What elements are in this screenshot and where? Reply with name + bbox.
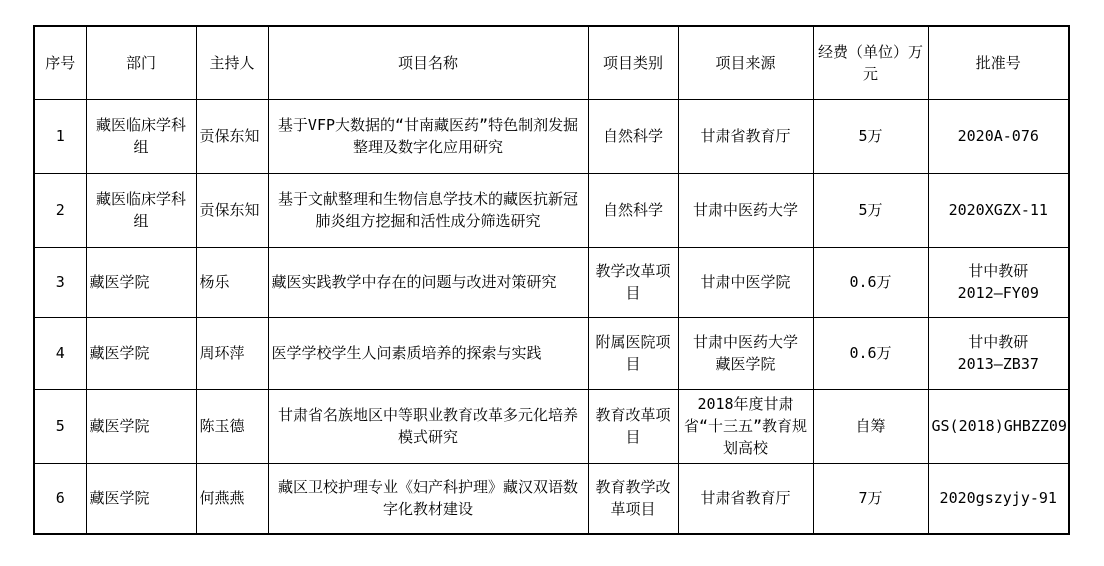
table-row: 2藏医临床学科组贡保东知基于文献整理和生物信息学技术的藏医抗新冠肺炎组方挖掘和活… [34, 173, 1069, 247]
cell-index: 1 [34, 99, 86, 173]
cell-project-name: 基于VFP大数据的“甘南藏医药”特色制剂发掘整理及数字化应用研究 [268, 99, 588, 173]
cell-source: 甘肃省教育厅 [678, 463, 813, 534]
cell-index: 6 [34, 463, 86, 534]
cell-funding: 7万 [813, 463, 928, 534]
header-source: 项目来源 [678, 26, 813, 99]
cell-department: 藏医学院 [86, 463, 196, 534]
cell-source: 2018年度甘肃省“十三五”教育规划高校 [678, 389, 813, 463]
cell-category: 自然科学 [588, 173, 678, 247]
header-category: 项目类别 [588, 26, 678, 99]
table-row: 4藏医学院周环萍医学学校学生人问素质培养的探索与实践附属医院项目甘肃中医药大学 … [34, 317, 1069, 389]
cell-funding: 5万 [813, 173, 928, 247]
cell-leader: 杨乐 [196, 247, 268, 317]
cell-department: 藏医学院 [86, 247, 196, 317]
table-row: 6藏医学院何燕燕藏区卫校护理专业《妇产科护理》藏汉双语数字化教材建设教育教学改革… [34, 463, 1069, 534]
cell-index: 4 [34, 317, 86, 389]
cell-project-name: 基于文献整理和生物信息学技术的藏医抗新冠肺炎组方挖掘和活性成分筛选研究 [268, 173, 588, 247]
cell-project-name: 医学学校学生人问素质培养的探索与实践 [268, 317, 588, 389]
cell-leader: 何燕燕 [196, 463, 268, 534]
cell-category: 教育教学改革项目 [588, 463, 678, 534]
cell-funding: 0.6万 [813, 317, 928, 389]
table-row: 1藏医临床学科组贡保东知基于VFP大数据的“甘南藏医药”特色制剂发掘整理及数字化… [34, 99, 1069, 173]
cell-category: 教育改革项目 [588, 389, 678, 463]
header-funding: 经费（单位）万元 [813, 26, 928, 99]
cell-funding: 自筹 [813, 389, 928, 463]
cell-source: 甘肃省教育厅 [678, 99, 813, 173]
header-project-name: 项目名称 [268, 26, 588, 99]
cell-project-name: 藏医实践教学中存在的问题与改进对策研究 [268, 247, 588, 317]
cell-approval-no: 2020gszyjy-91 [928, 463, 1069, 534]
cell-department: 藏医学院 [86, 317, 196, 389]
cell-leader: 周环萍 [196, 317, 268, 389]
cell-department: 藏医临床学科组 [86, 99, 196, 173]
header-row: 序号 部门 主持人 项目名称 项目类别 项目来源 经费（单位）万元 批准号 [34, 26, 1069, 99]
header-leader: 主持人 [196, 26, 268, 99]
cell-source: 甘肃中医药大学 藏医学院 [678, 317, 813, 389]
cell-leader: 贡保东知 [196, 173, 268, 247]
cell-department: 藏医学院 [86, 389, 196, 463]
header-approval-no: 批准号 [928, 26, 1069, 99]
table-row: 3藏医学院杨乐藏医实践教学中存在的问题与改进对策研究教学改革项目甘肃中医学院0.… [34, 247, 1069, 317]
header-index: 序号 [34, 26, 86, 99]
cell-category: 自然科学 [588, 99, 678, 173]
cell-source: 甘肃中医学院 [678, 247, 813, 317]
table-header: 序号 部门 主持人 项目名称 项目类别 项目来源 经费（单位）万元 批准号 [34, 26, 1069, 99]
cell-funding: 5万 [813, 99, 928, 173]
cell-project-name: 甘肃省名族地区中等职业教育改革多元化培养模式研究 [268, 389, 588, 463]
cell-leader: 贡保东知 [196, 99, 268, 173]
cell-approval-no: 2020XGZX-11 [928, 173, 1069, 247]
cell-index: 5 [34, 389, 86, 463]
table-body: 1藏医临床学科组贡保东知基于VFP大数据的“甘南藏医药”特色制剂发掘整理及数字化… [34, 99, 1069, 534]
table-row: 5藏医学院陈玉德甘肃省名族地区中等职业教育改革多元化培养模式研究教育改革项目20… [34, 389, 1069, 463]
cell-approval-no: 甘中教研 2013—ZB37 [928, 317, 1069, 389]
cell-funding: 0.6万 [813, 247, 928, 317]
cell-category: 教学改革项目 [588, 247, 678, 317]
cell-approval-no: 2020A-076 [928, 99, 1069, 173]
projects-table: 序号 部门 主持人 项目名称 项目类别 项目来源 经费（单位）万元 批准号 1藏… [33, 25, 1070, 535]
header-department: 部门 [86, 26, 196, 99]
cell-approval-no: 甘中教研 2012—FY09 [928, 247, 1069, 317]
cell-index: 2 [34, 173, 86, 247]
cell-source: 甘肃中医药大学 [678, 173, 813, 247]
cell-category: 附属医院项目 [588, 317, 678, 389]
cell-project-name: 藏区卫校护理专业《妇产科护理》藏汉双语数字化教材建设 [268, 463, 588, 534]
cell-department: 藏医临床学科组 [86, 173, 196, 247]
cell-leader: 陈玉德 [196, 389, 268, 463]
cell-approval-no: GS(2018)GHBZZ093 [928, 389, 1069, 463]
cell-index: 3 [34, 247, 86, 317]
